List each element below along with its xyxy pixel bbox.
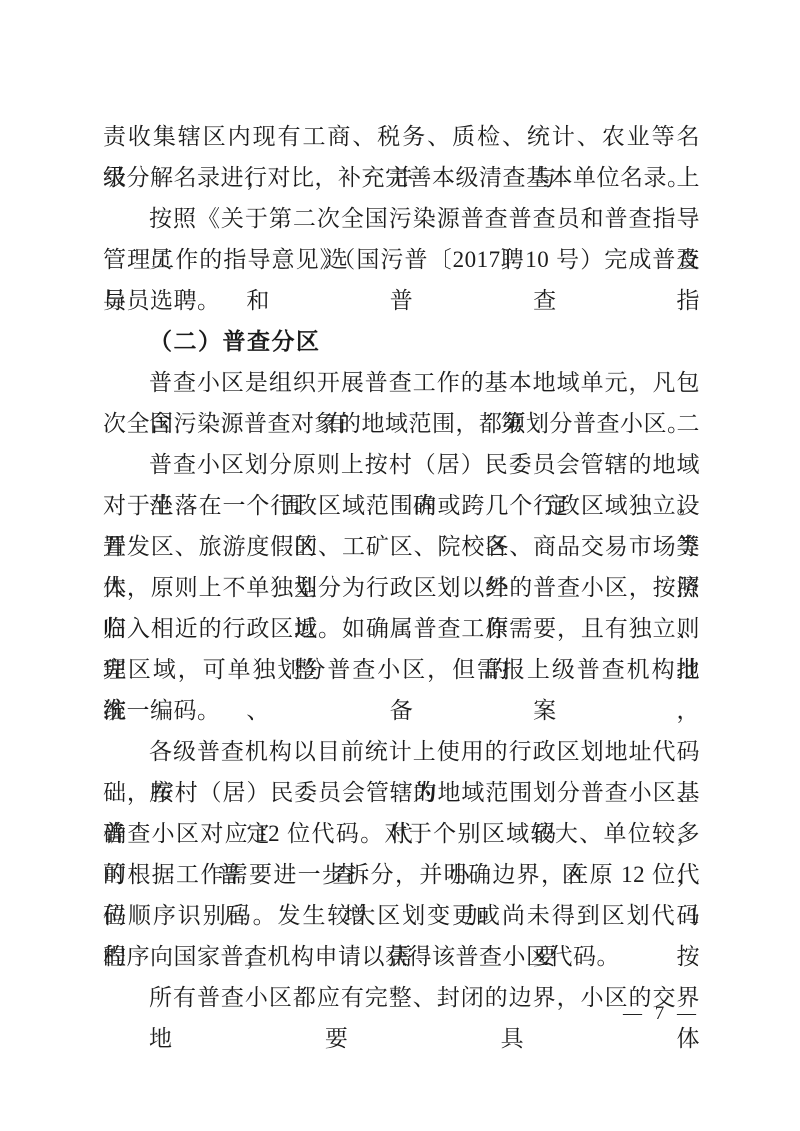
document-line: 归入相近的行政区域。如确属普查工作需要，且有独立、完整的地 bbox=[103, 608, 700, 649]
document-line: 可根据工作需要进一步拆分，并明确边界，在原 12 位代码后增加 1 bbox=[103, 854, 700, 895]
document-text-block: 责收集辖区内现有工商、税务、质检、统计、农业等名录，并与上级分解名录进行对比，补… bbox=[103, 116, 700, 1018]
document-line: 理区域，可单独划分普查小区，但需报上级普查机构批准、备案， bbox=[103, 649, 700, 690]
document-line: 按照《关于第二次全国污染源普查普查员和普查指导员选聘及 bbox=[103, 198, 700, 239]
document-line: 位顺序识别码。发生较大区划变更或尚未得到区划代码的，需要按 bbox=[103, 895, 700, 936]
document-line: 对于坐落在一个行政区域范围内或跨几个行政区域独立设置的各类 bbox=[103, 485, 700, 526]
document-line: 普查小区对应 12 位代码。对于个别区域较大、单位较多的普查小区， bbox=[103, 813, 700, 854]
document-line: 所有普查小区都应有完整、封闭的边界，小区的交界地要具体 bbox=[103, 977, 700, 1018]
document-line: 础，按村（居）民委员会管辖的地域范围划分普查小区、确定代码， bbox=[103, 772, 700, 813]
document-line: 责收集辖区内现有工商、税务、质检、统计、农业等名录，并与上 bbox=[103, 116, 700, 157]
document-line: 普查小区划分原则上按村（居）民委员会管辖的地域范围确定。 bbox=[103, 444, 700, 485]
document-line: 程序向国家普查机构申请以获得该普查小区代码。 bbox=[103, 936, 700, 977]
page-number: — 7 — bbox=[623, 1003, 700, 1025]
document-line: 体，原则上不单独划分为行政区划以外的普查小区，按照临近原则 bbox=[103, 567, 700, 608]
section-heading: （二）普查分区 bbox=[103, 321, 700, 362]
document-page: 责收集辖区内现有工商、税务、质检、统计、农业等名录，并与上级分解名录进行对比，补… bbox=[0, 0, 800, 1131]
document-line: 普查小区是组织开展普查工作的基本地域单元，凡包含有第二 bbox=[103, 362, 700, 403]
document-line: 各级普查机构以目前统计上使用的行政区划地址代码库为基 bbox=[103, 731, 700, 772]
document-line: 管理工作的指导意见》（国污普〔2017〕10 号）完成普查员和普查指 bbox=[103, 239, 700, 280]
document-line: 开发区、旅游度假区、工矿区、院校区、商品交易市场等大型经济 bbox=[103, 526, 700, 567]
document-line: 级分解名录进行对比，补充完善本级清查基本单位名录。 bbox=[103, 157, 700, 198]
document-line: 次全国污染源普查对象的地域范围，都须划分普查小区。 bbox=[103, 403, 700, 444]
